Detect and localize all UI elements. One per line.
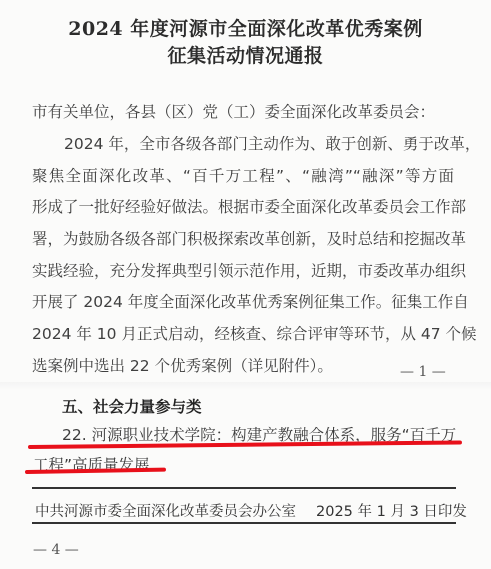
body-line: 形成了一批好经验好做法。根据市委全面深化改革委员会工作部 [32,197,454,217]
body-line: 聚焦全面深化改革、“百千万工程”、“融湾”“融深”等方面 [32,166,454,186]
body-line: 署，为鼓励各级各部门积极探索改革创新，及时总结和挖掘改革 [32,229,454,249]
footer-date: 2025 年 1 月 3 日印发 [316,500,467,521]
footer-top-rule [32,487,456,489]
page-number-1: — 1 — [400,364,446,380]
footer-issuer: 中共河源市委全面深化改革委员会办公室 [35,500,296,521]
salutation: 市有关单位，各县（区）党（工）委全面深化改革委员会： [32,102,454,122]
page-number-4: — 4 — [33,542,79,558]
document-title-line-1: 2024 年度河源市全面深化改革优秀案例 [0,14,491,41]
body-line: 选案例中选出 22 个优秀案例（详见附件）。 [32,356,333,376]
footer-bottom-rule [32,522,456,524]
body-line: 开展了 2024 年度全面深化改革优秀案例征集工作。征集工作自 [32,292,454,312]
body-line: 2024 年，全市各级各部门主动作为、敢于创新、勇于改革， [64,134,454,154]
section-heading: 五、社会力量参与类 [62,395,202,417]
body-line: 实践经验，充分发挥典型引领示范作用，近期，市委改革办组织 [32,261,454,281]
page-break [0,382,491,390]
body-line: 2024 年 10 月正式启动，经核查、综合评审等环节，从 47 个候 [32,324,454,344]
document-title-line-2: 征集活动情况通报 [0,41,491,68]
